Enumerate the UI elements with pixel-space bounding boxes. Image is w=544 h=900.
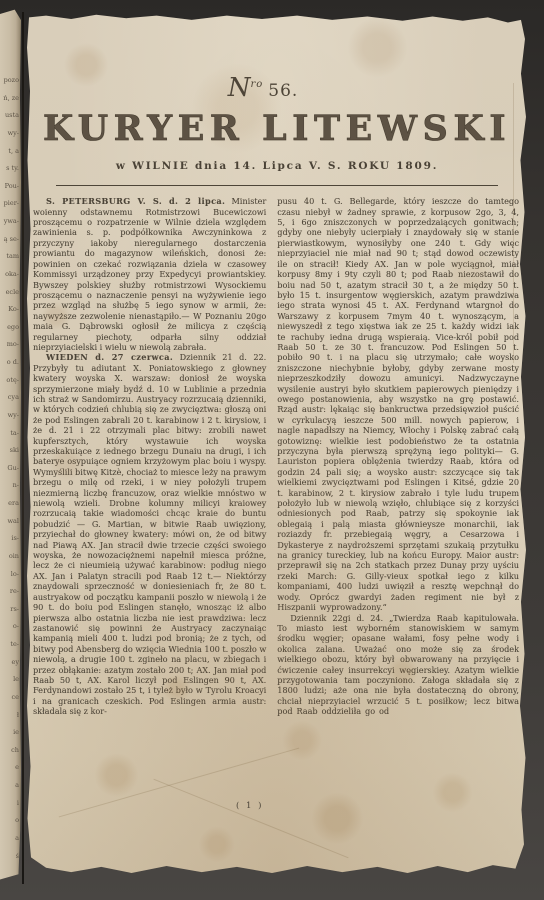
edge-text-fragment: ą se- [0,236,19,243]
right-column: pusu 40 t. G. Bellegarde, który ieszcze … [277,196,519,716]
article-paragraph-dziennik: Dziennik 22gi d. 24. „Twierdza Raab kapi… [277,613,519,717]
edge-text-fragment: a [0,835,19,842]
masthead-rule [56,185,498,186]
article-paragraph-wieden: WIEDEN d. 27 czerwca. Dziennik 21 d. 22.… [33,352,266,716]
edge-text-fragment: rs- [0,606,19,613]
edge-text-fragment: otę- [0,377,19,384]
edge-text-fragment: ce [0,694,19,701]
paragraph-text: Dziennik 22gi d. 24. „Twierdza Raab kapi… [277,613,519,717]
edge-text-fragment: wal [0,518,19,525]
edge-text-fragment: ł [0,712,19,719]
edge-text-fragment: ie [0,729,19,736]
issue-n: N [228,73,251,103]
article-paragraph-continuation: pusu 40 t. G. Bellegarde, który ieszcze … [277,196,519,612]
edge-text-fragment: o d. [0,359,19,366]
edge-text-fragments: pozoń, zeustawy-t, as ty.Pou-pier-ywa-ą … [0,77,21,859]
edge-text-fragment: is- [0,535,19,542]
edge-text-fragment: e [0,764,19,771]
article-columns: S. PETERSBURG V. S. d. 2 lipca. Minister… [26,186,528,716]
edge-text-fragment: oka- [0,271,19,278]
edge-text-fragment: n- [0,482,19,489]
edge-text-fragment: pozo [0,77,19,84]
edge-text-fragment: wy- [0,130,19,137]
edge-text-fragment: ta- [0,430,19,437]
edge-text-fragment: te- [0,641,19,648]
issue-num: 56. [268,81,298,101]
newspaper-title: KURYER LITEWSKI [26,109,528,149]
edge-text-fragment: ecle [0,289,19,296]
edge-text-fragment: a [0,782,19,789]
page-number: ( 1 ) [236,801,263,811]
edge-text-fragment: ch [0,747,19,754]
edge-text-fragment: ś [0,853,19,860]
paragraph-lead: WIEDEN d. 27 czerwca. [46,352,173,362]
newspaper-page: Nro56. KURYER LITEWSKI w WILNIE dnia 14.… [26,13,528,879]
edge-text-fragment: ń, ze [0,95,19,102]
edge-text-fragment: pier- [0,200,19,207]
edge-text-fragment: i [0,800,19,807]
edge-text-fragment: cya [0,394,19,401]
binding-gutter [22,12,24,884]
paragraph-text: Dziennik 21 d. 22. Przybyły tu adiutant … [33,352,266,716]
edge-text-fragment: lo- [0,571,19,578]
edge-text-fragment: wy- [0,412,19,419]
edge-text-fragment: Gu- [0,465,19,472]
paragraph-text: Minister woienny odstawnemu Rotmistrzowi… [33,196,266,352]
edge-text-fragment: o [0,817,19,824]
edge-text-fragment: t, a [0,148,19,155]
edge-text-fragment: era [0,500,19,507]
paragraph-text: pusu 40 t. G. Bellegarde, który ieszcze … [277,196,519,612]
dateline: w WILNIE dnia 14. Lipca V. S. ROKU 1809. [26,160,528,172]
previous-page-edge: pozoń, zeustawy-t, as ty.Pou-pier-ywa-ą … [0,7,21,883]
masthead: Nro56. KURYER LITEWSKI w WILNIE dnia 14.… [26,13,528,186]
issue-number: Nro56. [12,73,514,103]
edge-text-fragment: ywa- [0,218,19,225]
edge-text-fragment: re- [0,588,19,595]
issue-superscript: ro [250,79,263,90]
edge-text-fragment: mo- [0,341,19,348]
edge-text-fragment: le [0,676,19,683]
edge-text-fragment: o- [0,623,19,630]
left-column: S. PETERSBURG V. S. d. 2 lipca. Minister… [33,196,266,716]
article-paragraph-petersburg: S. PETERSBURG V. S. d. 2 lipca. Minister… [33,196,266,352]
paragraph-lead: S. PETERSBURG V. S. d. 2 lipca. [46,196,225,206]
edge-text-fragment: s ty. [0,165,19,172]
edge-text-fragment: tam [0,253,19,260]
edge-text-fragment: oin [0,553,19,560]
edge-text-fragment: usta [0,112,19,119]
edge-text-fragment: ego [0,324,19,331]
edge-text-fragment: ski [0,447,19,454]
edge-text-fragment: Pou- [0,183,19,190]
paper-crease [153,779,348,859]
edge-text-fragment: Ko- [0,306,19,313]
scan-viewport: pozoń, zeustawy-t, as ty.Pou-pier-ywa-ą … [0,0,544,900]
edge-text-fragment: ey [0,659,19,666]
